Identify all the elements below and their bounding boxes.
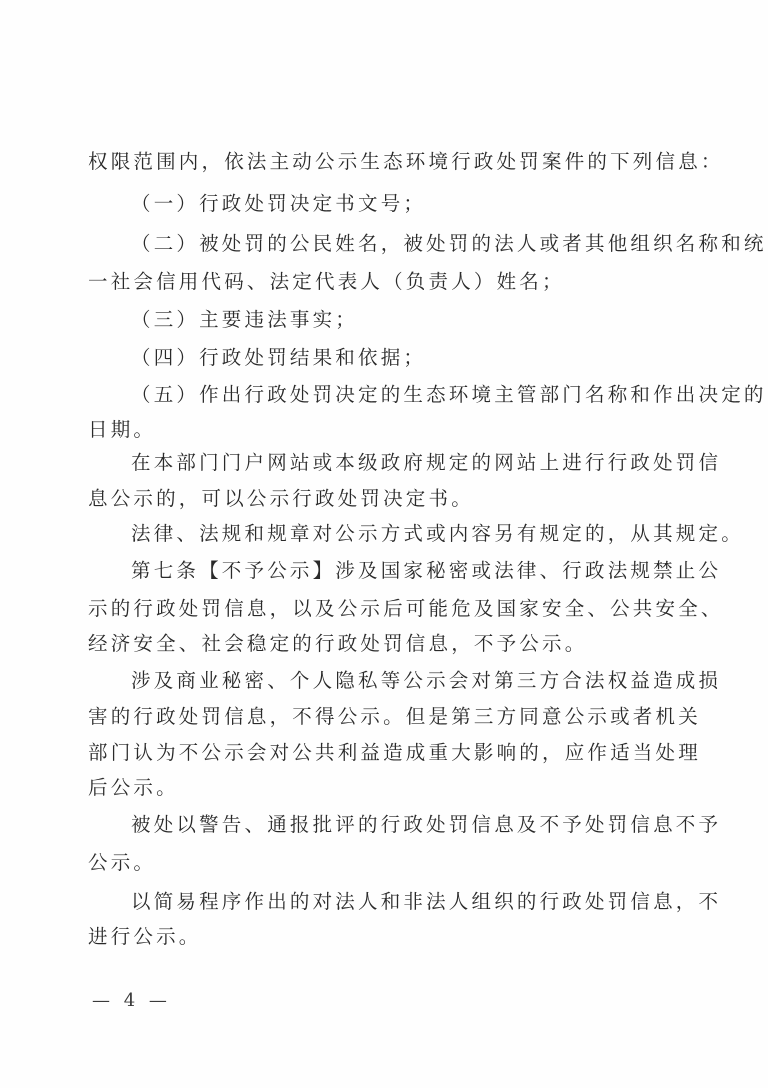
text-line: （二）被处罚的公民姓名，被处罚的法人或者其他组织名称和统 <box>131 232 741 256</box>
text-line: 部门认为不公示会对公共利益造成重大影响的，应作适当处理 <box>88 741 698 765</box>
text-line: 在本部门门户网站或本级政府规定的网站上进行行政处罚信 <box>131 451 741 475</box>
text-line: 经济安全、社会稳定的行政处罚信息，不予公示。 <box>88 632 698 656</box>
text-line: （三）主要违法事实； <box>131 308 741 332</box>
page-number: — 4 — <box>92 990 171 1011</box>
text-line: 涉及商业秘密、个人隐私等公示会对第三方合法权益造成损 <box>131 669 741 693</box>
text-line: 息公示的，可以公示行政处罚决定书。 <box>88 487 698 511</box>
text-line: 日期。 <box>88 418 698 442</box>
text-line: 后公示。 <box>88 776 698 800</box>
text-line: 一社会信用代码、法定代表人（负责人）姓名； <box>88 270 698 294</box>
text-line: （五）作出行政处罚决定的生态环境主管部门名称和作出决定的 <box>131 383 741 407</box>
text-line: 第七条【不予公示】涉及国家秘密或法律、行政法规禁止公 <box>131 559 741 583</box>
text-line: 法律、法规和规章对公示方式或内容另有规定的，从其规定。 <box>131 522 741 546</box>
text-line: 害的行政处罚信息，不得公示。但是第三方同意公示或者机关 <box>88 705 698 729</box>
text-line: 被处以警告、通报批评的行政处罚信息及不予处罚信息不予 <box>131 813 741 837</box>
text-line: 公示。 <box>88 851 698 875</box>
text-line: 权限范围内，依法主动公示生态环境行政处罚案件的下列信息： <box>88 150 698 174</box>
text-line: 以简易程序作出的对法人和非法人组织的行政处罚信息，不 <box>131 890 741 914</box>
document-page: 权限范围内，依法主动公示生态环境行政处罚案件的下列信息： （一）行政处罚决定书文… <box>0 0 768 1088</box>
text-line: （四）行政处罚结果和依据； <box>131 346 741 370</box>
text-line: 进行公示。 <box>88 925 698 949</box>
text-line: 示的行政处罚信息，以及公示后可能危及国家安全、公共安全、 <box>88 597 698 621</box>
text-line: （一）行政处罚决定书文号； <box>131 192 741 216</box>
